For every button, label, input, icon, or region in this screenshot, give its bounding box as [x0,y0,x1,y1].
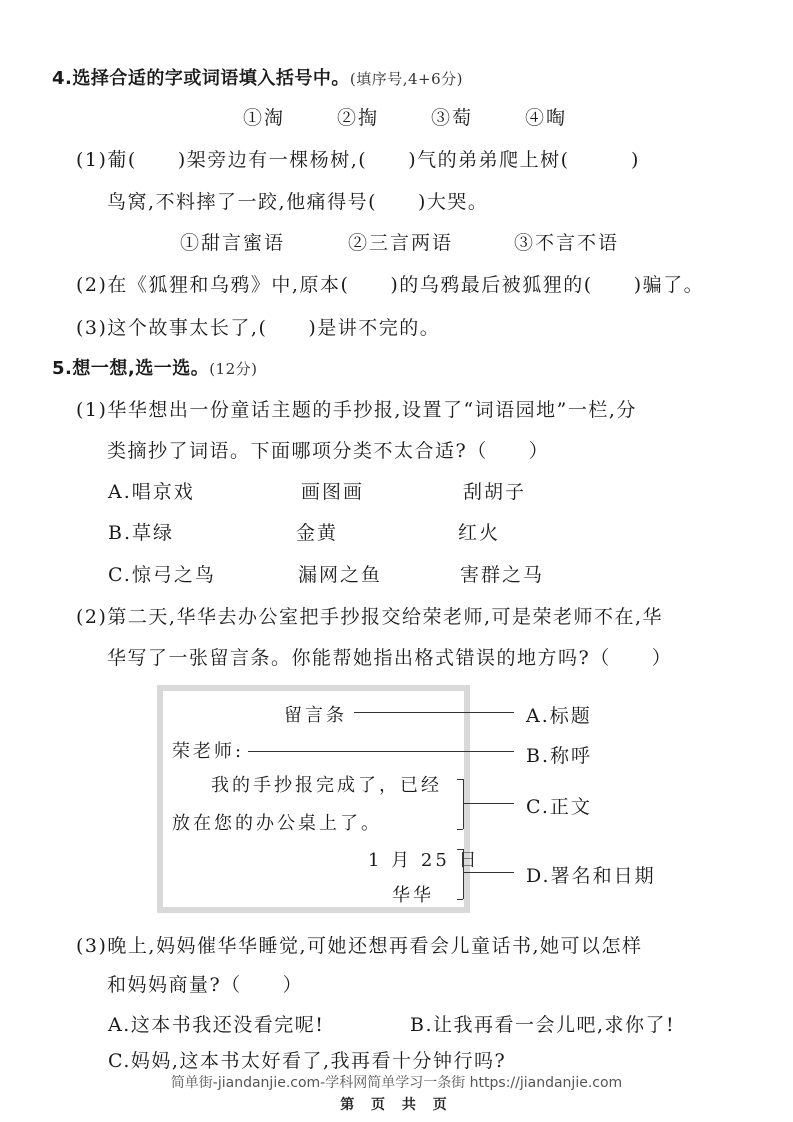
q5-sub1-row-b-col2: 金黄 [296,518,338,545]
note-signature: 华华 [392,881,434,907]
q5-sub1-row-b-col3: 红火 [458,518,500,545]
bracket-signdate-top [457,849,463,850]
q4-sub1-line1: (1)葡( )架旁边有一棵杨树,( )气的弟弟爬上树( ) [76,145,640,172]
label-c-body: C.正文 [526,792,592,819]
q5-sub3-option-c: C.妈妈,这本书太好看了,我再看十分钟行吗? [108,1046,506,1073]
q5-sub1-row-b-label: B.草绿 [108,518,174,545]
q4-points: (填序号,4+6分) [350,70,463,88]
q4-sub1-line2: 鸟窝,不料摔了一跤,他痛得号( )大哭。 [107,187,488,214]
q4-heading: 4.选择合适的字或词语填入括号中。(填序号,4+6分) [52,64,463,90]
q5-heading: 5.想一想,选一选。(12分) [52,354,258,380]
q5-title: 5.想一想,选一选。 [52,358,209,379]
q5-sub1-line1: (1)华华想出一份童话主题的手抄报,设置了“词语园地”一栏,分 [76,395,637,422]
bracket-signdate [463,849,464,899]
note-salutation: 荣老师: [172,737,244,763]
connector-signdate [463,872,514,873]
label-d-signdate: D.署名和日期 [526,861,656,888]
footer-page-number: 第 页 共 页 [0,1094,793,1114]
q4-char-option-1: ①淘 [243,103,285,130]
note-body-line1: 我的手抄报完成了，已经 [211,771,442,797]
q4-word-option-3: ③不言不语 [514,228,619,255]
label-b-salutation: B.称呼 [526,741,592,768]
bracket-body-top [457,779,463,780]
q5-sub1-row-c-label: C.惊弓之鸟 [108,560,216,587]
q5-sub3-option-b: B.让我再看一会儿吧,求你了! [410,1010,675,1037]
label-a-title: A.标题 [526,701,592,728]
footer-watermark: 简单街-jiandanjie.com-学科网简单学习一条街 https://ji… [0,1072,793,1092]
q4-sub3: (3)这个故事太长了,( )是讲不完的。 [76,313,440,340]
q5-sub1-row-a-col3: 刮胡子 [463,477,526,504]
note-body-line2: 放在您的办公桌上了。 [172,809,382,835]
q4-sub2: (2)在《狐狸和乌鸦》中,原本( )的乌鸦最后被狐狸的( )骗了。 [76,270,704,297]
q4-char-option-2: ②掏 [337,103,379,130]
bracket-signdate-bottom [457,899,463,900]
q4-char-option-4: ④啕 [525,103,567,130]
q5-sub1-line2: 类摘抄了词语。下面哪项分类不太合适?（ ） [107,436,549,463]
q5-sub2-line1: (2)第二天,华华去办公室把手抄报交给荣老师,可是荣老师不在,华 [76,602,663,629]
q5-sub2-line2: 华写了一张留言条。你能帮她指出格式错误的地方吗?（ ） [107,643,672,670]
connector-body [463,803,514,804]
q4-word-option-1: ①甜言蜜语 [180,228,285,255]
bracket-body [463,779,464,829]
q5-sub3-line2: 和妈妈商量?（ ） [107,970,303,997]
bracket-body-bottom [457,829,463,830]
q4-title: 4.选择合适的字或词语填入括号中。 [52,68,350,89]
q5-sub1-row-c-col2: 漏网之鱼 [298,560,382,587]
q5-sub1-row-c-col3: 害群之马 [460,560,544,587]
q5-sub3-line1: (3)晚上,妈妈催华华睡觉,可她还想再看会儿童话书,她可以怎样 [76,931,643,958]
q4-char-option-3: ③萄 [431,103,473,130]
q5-sub3-option-a: A.这本书我还没看完呢! [108,1010,324,1037]
note-title: 留言条 [284,701,347,727]
q5-points: (12分) [209,360,257,378]
q5-sub1-row-a-label: A.唱京戏 [108,477,195,504]
connector-title [354,712,514,713]
connector-salutation [248,751,514,752]
q4-word-option-2: ②三言两语 [348,228,453,255]
q5-sub1-row-a-col2: 画图画 [301,477,364,504]
